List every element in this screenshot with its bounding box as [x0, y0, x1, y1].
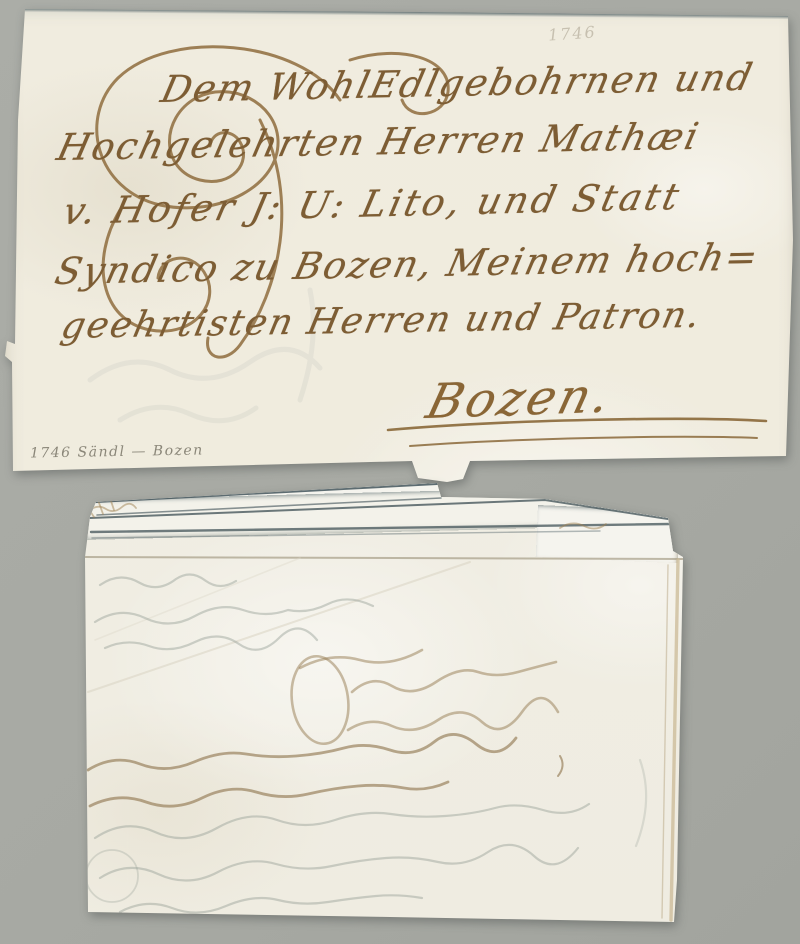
- gray-bleed-lines: [86, 574, 646, 912]
- fold-edge-lines: [85, 484, 683, 920]
- brown-bleed-center: [286, 650, 558, 747]
- bottom-letter: [0, 0, 800, 944]
- bottom-letter-shadow: [0, 0, 800, 944]
- photo-stage: Dem WohlEdlgebohrnen und Hochgelehrten H…: [0, 0, 800, 944]
- brown-bleed-lower: [88, 734, 563, 806]
- bleed-through-writing: [0, 0, 800, 944]
